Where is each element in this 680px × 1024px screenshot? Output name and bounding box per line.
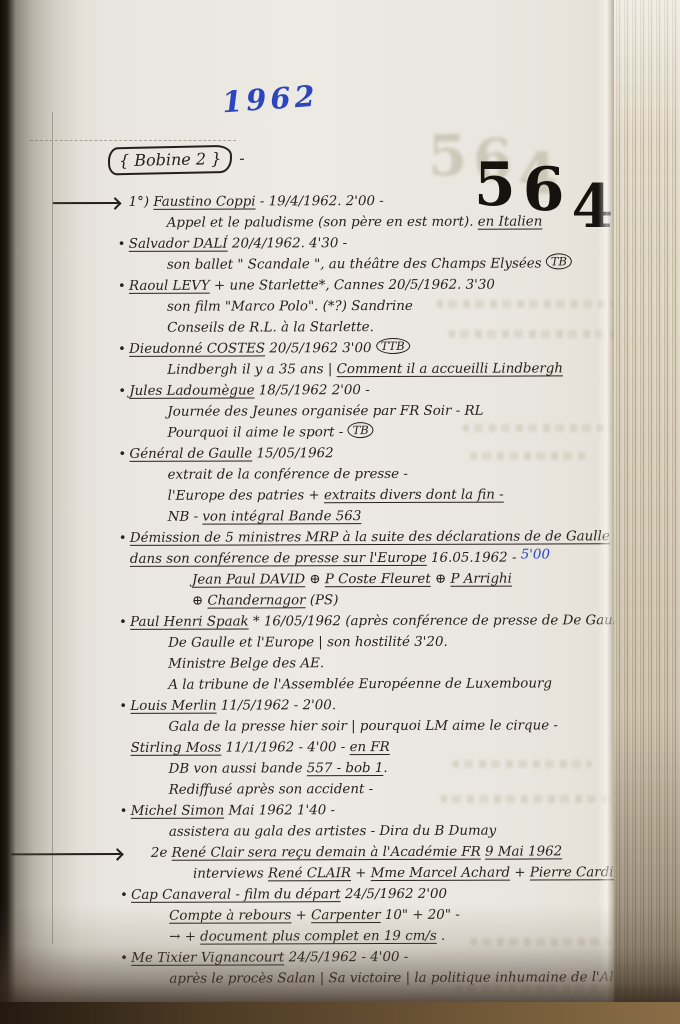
entry-line: Lindbergh il y a 35 ans | Comment il a a…: [129, 358, 649, 381]
text-segment: dans son conférence de presse sur l'Euro…: [130, 551, 427, 567]
text-segment: Ministre Belge des AE.: [168, 656, 324, 672]
entries: 1°) Faustino Coppi - 19/4/1962. 2'00 -Ap…: [129, 190, 652, 990]
text-segment: l'Europe des patries +: [168, 488, 324, 504]
entry-line: Stirling Moss 11/1/1962 - 4'00 - en FR: [131, 736, 651, 759]
text-segment: René CLAIR: [268, 866, 351, 881]
entry-line: Ministre Belge des AE.: [130, 652, 650, 675]
reel-label-suffix: -: [239, 149, 245, 168]
text-segment: Compte à rebours: [169, 908, 291, 923]
bullet-icon: •: [118, 381, 126, 402]
text-segment: 11/1/1962 - 4'00 -: [221, 740, 349, 755]
entry-line: •Salvador DALÍ 20/4/1962. 4'30 -: [129, 232, 649, 255]
text-segment: interviews: [193, 866, 268, 881]
text-segment: 11/5/1962 - 2'00.: [217, 698, 337, 713]
text-segment: Général de Gaulle: [129, 446, 252, 461]
text-segment: extrait de la conférence de presse -: [168, 467, 408, 483]
text-segment: Pourquoi il aime le sport -: [167, 425, 347, 441]
text-segment: Carpenter: [311, 908, 381, 923]
text-segment: Mai 1962 1'40 -: [224, 803, 335, 818]
bullet-icon: •: [118, 276, 126, 297]
text-segment: 5'00: [521, 547, 550, 562]
text-segment: Jules Ladoumègue: [129, 383, 254, 398]
entry-line: l'Europe des patries + extraits divers d…: [130, 484, 650, 507]
year-annotation: 1962: [221, 79, 320, 120]
bullet-icon: •: [119, 612, 127, 633]
text-segment: +: [291, 908, 311, 923]
entry-line: •Jules Ladoumègue 18/5/1962 2'00 -: [129, 379, 649, 402]
text-segment: 557 - bob 1: [307, 761, 384, 776]
text-segment: 10" + 20" -: [381, 908, 460, 923]
entry-line: •Louis Merlin 11/5/1962 - 2'00.: [130, 694, 650, 717]
entry-line: extrait de la conférence de presse -: [130, 463, 650, 486]
entry-line: A la tribune de l'Assemblée Européenne d…: [130, 673, 650, 696]
text-segment: ⊕: [305, 572, 325, 587]
entry-line: ⊕ Chandernagor (PS): [130, 589, 650, 612]
text-segment: Cap Canaveral - film du départ: [131, 887, 341, 903]
text-segment: 20/4/1962. 4'30 -: [228, 236, 348, 251]
text-segment: 2e: [151, 846, 172, 861]
text-segment: 15/05/1962: [252, 446, 333, 461]
text-segment: .: [437, 929, 446, 944]
entry-line: •Me Tixier Vignancourt 24/5/1962 - 4'00 …: [131, 946, 651, 969]
text-segment: extraits divers dont la fin -: [324, 488, 504, 504]
text-segment: assistera au gala des artistes - Dira du…: [169, 824, 496, 840]
bullet-icon: •: [118, 339, 126, 360]
entry-line: De Gaulle et l'Europe | son hostilité 3'…: [130, 631, 650, 654]
scanned-notebook-page: 564 1962 { Bobine 2 }- 564 1°) Faustino …: [0, 0, 680, 1024]
reel-label-box: { Bobine 2 }: [108, 145, 233, 176]
text-segment: en Italien: [478, 214, 543, 229]
text-segment: Comment il a accueilli Lindbergh: [337, 361, 563, 377]
book-base: [0, 1002, 680, 1024]
text-segment: +: [351, 866, 371, 881]
bullet-icon: •: [120, 885, 128, 906]
text-segment: Conseils de R.L. à la Starlette.: [167, 320, 374, 336]
text-segment: + une Starlette*, Cannes 20/5/1962. 3'30: [210, 278, 495, 294]
bullet-icon: •: [120, 801, 128, 822]
text-segment: Raoul LEVY: [129, 279, 210, 294]
entry-line: Jean Paul DAVID ⊕ P Coste Fleuret ⊕ P Ar…: [130, 568, 650, 591]
text-segment: en FR: [350, 740, 390, 755]
text-segment: 24/5/1962 2'00: [341, 887, 447, 902]
text-segment: Journée des Jeunes organisée par FR Soir…: [167, 404, 483, 420]
reel-label: { Bobine 2 }-: [108, 145, 245, 176]
text-segment: 9 Mai 1962: [485, 844, 562, 859]
text-segment: Me Tixier Vignancourt: [131, 950, 284, 966]
text-segment: 16.05.1962 -: [427, 551, 521, 566]
text-segment: Dieudonné COSTES: [129, 341, 265, 356]
text-segment: .: [383, 761, 387, 776]
entry-line: 1°) Faustino Coppi - 19/4/1962. 2'00 -: [129, 190, 649, 213]
text-segment: NB -: [168, 510, 203, 525]
text-segment: Démission de 5 ministres MRP à la suite …: [130, 529, 610, 546]
text-segment: Rediffusé après son accident -: [169, 782, 373, 798]
entry-line: NB - von intégral Bande 563: [130, 505, 650, 528]
bleed-through-mark: [452, 760, 592, 768]
text-segment: Jean Paul DAVID: [192, 572, 305, 587]
text-segment: De Gaulle et l'Europe | son hostilité 3'…: [168, 635, 448, 651]
text-segment: son film "Marco Polo". (*?) Sandrine: [167, 299, 413, 315]
text-segment: Michel Simon: [131, 804, 224, 819]
book-fore-edge: [614, 0, 680, 1024]
text-segment: Lindbergh il y a 35 ans |: [167, 362, 336, 378]
bleed-through-mark: [462, 424, 612, 432]
text-segment: Salvador DALÍ: [129, 237, 228, 252]
bullet-icon: •: [120, 948, 128, 969]
text-segment: (PS): [306, 593, 339, 608]
text-segment: René Clair sera reçu demain à l'Académie…: [172, 845, 481, 861]
text-segment: Chandernagor: [207, 593, 305, 608]
text-segment: 1°): [129, 195, 154, 210]
entry-line: •Paul Henri Spaak * 16/05/1962 (après co…: [130, 610, 650, 633]
entry-line: •Dieudonné COSTES 20/5/1962 3'00 TTB: [129, 337, 649, 360]
entry-line: Appel et le paludisme (son père en est m…: [129, 211, 649, 234]
text-segment: Paul Henri Spaak: [130, 614, 249, 629]
entry-line: assistera au gala des artistes - Dira du…: [131, 820, 651, 843]
text-segment: TB: [546, 253, 572, 269]
text-segment: Louis Merlin: [130, 699, 216, 714]
text-segment: 20/5/1962 3'00: [265, 341, 376, 356]
text-segment: DB von aussi bande: [169, 761, 307, 776]
text-segment: ⊕: [431, 572, 451, 587]
entry-line: •Démission de 5 ministres MRP à la suite…: [130, 526, 650, 549]
entry-line: •Raoul LEVY + une Starlette*, Cannes 20/…: [129, 274, 649, 297]
entry-line: 2e René Clair sera reçu demain à l'Acadé…: [131, 841, 651, 864]
bullet-icon: •: [118, 444, 126, 465]
text-segment: * 16/05/1962 (après conférence de presse…: [249, 613, 630, 629]
entry-line: Journée des Jeunes organisée par FR Soir…: [129, 400, 649, 423]
text-segment: 18/5/1962 2'00 -: [254, 383, 369, 398]
text-segment: son ballet " Scandale ", au théâtre des …: [167, 256, 546, 272]
text-segment: A la tribune de l'Assemblée Européenne d…: [168, 676, 552, 692]
entry-line: Compte à rebours + Carpenter 10" + 20" -: [131, 904, 651, 927]
text-segment: TTB: [376, 338, 410, 354]
text-segment: - 19/4/1962. 2'00 -: [256, 194, 384, 209]
bullet-icon: •: [119, 528, 127, 549]
text-segment: ⊕: [192, 594, 208, 609]
page-number-digit: 5: [427, 122, 473, 189]
entry-line: son ballet " Scandale ", au théâtre des …: [129, 253, 649, 276]
page-edge-highlight: [598, 0, 614, 1024]
text-segment: TB: [348, 422, 374, 438]
entry-line: •Cap Canaveral - film du départ 24/5/196…: [131, 883, 651, 906]
text-segment: P Arrighi: [450, 572, 512, 587]
text-segment: 24/5/1962 - 4'00 -: [284, 950, 408, 965]
text-segment: +: [510, 866, 530, 881]
bleed-through-mark: [440, 795, 610, 803]
bullet-icon: •: [119, 696, 127, 717]
entry-line: interviews René CLAIR + Mme Marcel Achar…: [131, 862, 651, 885]
text-segment: Mme Marcel Achard: [371, 866, 510, 881]
text-segment: document plus complet en 19 cm/s: [200, 929, 437, 945]
bullet-icon: •: [118, 234, 126, 255]
book-gutter: [0, 0, 80, 1024]
entry-line: Gala de la presse hier soir | pourquoi L…: [130, 715, 650, 738]
text-segment: Appel et le paludisme (son père en est m…: [167, 215, 478, 231]
text-segment: Gala de la presse hier soir | pourquoi L…: [168, 718, 558, 734]
text-segment: Stirling Moss: [131, 741, 222, 756]
entry-line: dans son conférence de presse sur l'Euro…: [130, 547, 650, 570]
text-segment: von intégral Bande 563: [202, 509, 361, 525]
bleed-through-mark: [470, 452, 590, 460]
text-segment: Faustino Coppi: [153, 194, 255, 209]
text-segment: → +: [169, 930, 200, 945]
text-segment: P Coste Fleuret: [325, 572, 431, 587]
